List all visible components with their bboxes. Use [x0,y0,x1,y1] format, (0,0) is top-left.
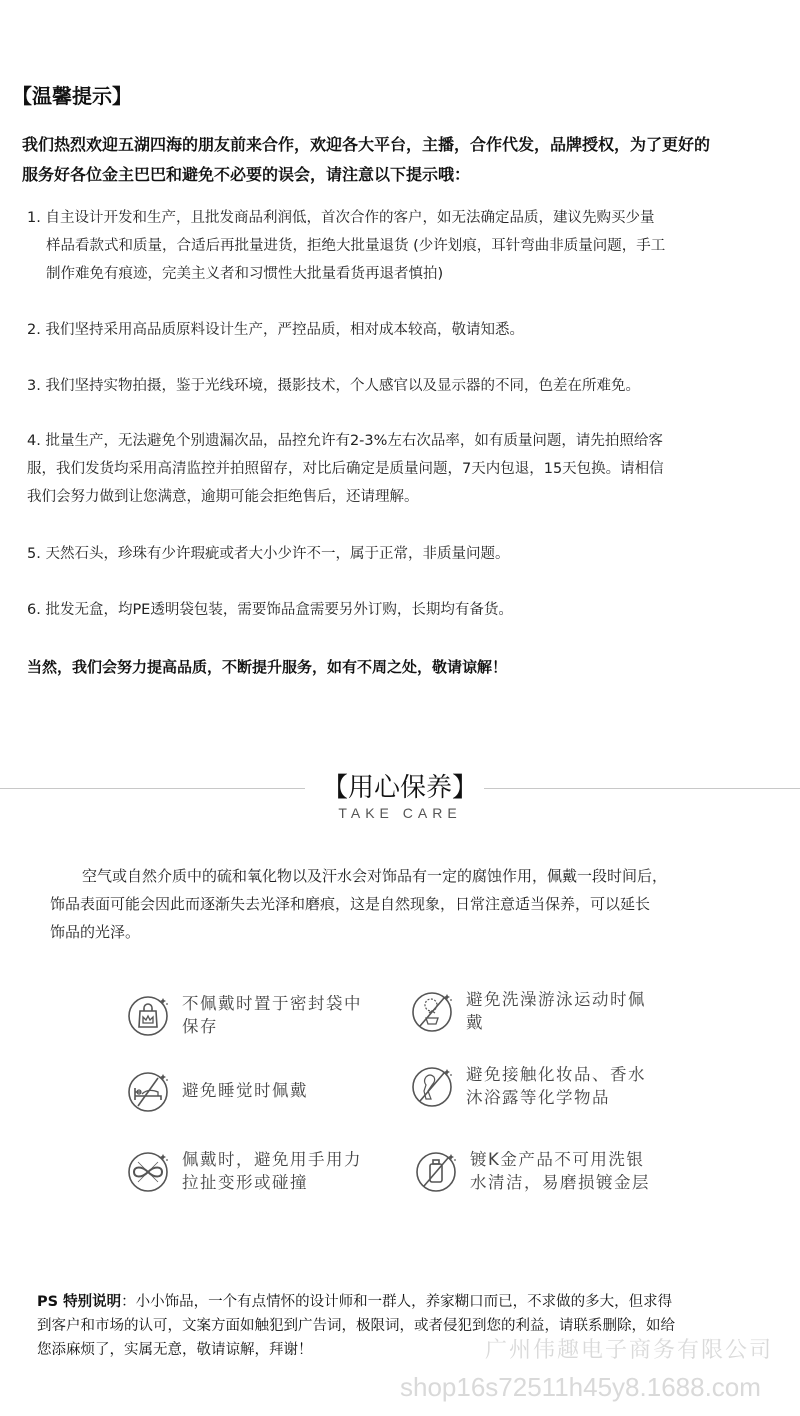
tip-text: 避免睡觉时佩戴 [182,1079,402,1102]
care-description: 空气或自然介质中的硫和氧化物以及汗水会对饰品有一定的腐蚀作用，佩戴一段时间后， … [50,862,770,946]
item-line: 4. 批量生产，无法避免个别遗漏次品，品控允许有2-3%左右次品率，如有质量问题… [27,427,787,455]
item-line: 5. 天然石头，珍珠有少许瑕疵或者大小少许不一，属于正常，非质量问题。 [27,540,787,568]
tip-text: 佩戴时，避免用手用力 拉扯变形或碰撞 [182,1148,402,1194]
no-silver-cleaner-icon [414,1148,460,1194]
ps-line: PS 特别说明：小小饰品，一个有点情怀的设计师和一群人，养家糊口而已，不求做的多… [37,1290,777,1314]
notice-closing: 当然，我们会努力提高品质，不断提升服务，如有不周之处，敬请谅解！ [27,653,507,681]
intro-line: 服务好各位金主巴巴和避免不必要的误会，请注意以下提示哦： [22,160,792,190]
care-subtitle: TAKE CARE [0,805,800,821]
care-title: 【用心保养】 [0,768,800,808]
no-cosmetics-icon [410,1063,456,1109]
desc-line: 空气或自然介质中的硫和氧化物以及汗水会对饰品有一定的腐蚀作用，佩戴一段时间后， [50,862,770,890]
care-tip-no-pulling: 佩戴时，避免用手用力 拉扯变形或碰撞 [126,1148,416,1208]
tip-line: 不佩戴时置于密封袋中 [182,992,402,1015]
intro-line: 我们热烈欢迎五湖四海的朋友前来合作，欢迎各大平台，主播，合作代发，品牌授权，为了… [22,130,792,160]
tip-text: 避免接触化妆品、香水 沐浴露等化学物品 [466,1063,686,1109]
no-swimming-icon [410,988,456,1034]
notice-intro: 我们热烈欢迎五湖四海的朋友前来合作，欢迎各大平台，主播，合作代发，品牌授权，为了… [22,130,792,190]
tip-line: 拉扯变形或碰撞 [182,1171,402,1194]
notice-title: 【温馨提示】 [12,80,132,109]
tip-text: 镀K金产品不可用洗银 水清洁，易磨损镀金层 [470,1148,690,1194]
tip-line: 沐浴露等化学物品 [466,1086,686,1109]
ps-text: ：小小饰品，一个有点情怀的设计师和一群人，养家糊口而已，不求做的多大，但求得 [121,1294,672,1310]
notice-item-4: 4. 批量生产，无法避免个别遗漏次品，品控允许有2-3%左右次品率，如有质量问题… [27,427,787,511]
notice-item-1: 1. 自主设计开发和生产，且批发商品利润低，首次合作的客户，如无法确定品质，建议… [27,204,787,288]
desc-line: 饰品的光泽。 [50,918,770,946]
tip-text: 避免洗澡游泳运动时佩 戴 [466,988,686,1034]
item-line: 3. 我们坚持实物拍摄，鉴于光线环境，摄影技术，个人感官以及显示器的不同，色差在… [27,372,787,400]
care-tip-no-sleeping: 避免睡觉时佩戴 [126,1068,416,1128]
tip-line: 避免接触化妆品、香水 [466,1063,686,1086]
sealed-bag-icon [126,992,172,1038]
no-sleeping-icon [126,1068,172,1114]
item-line: 制作难免有痕迹，完美主义者和习惯性大批量看货再退者慎拍) [27,260,787,288]
tip-line: 避免睡觉时佩戴 [182,1079,402,1102]
watermark-url: shop16s72511h45y8.1688.com [400,1372,761,1403]
care-tip-no-swimming: 避免洗澡游泳运动时佩 戴 [410,988,700,1048]
tip-line: 戴 [466,1011,686,1034]
item-line: 样品看款式和质量，合适后再批量进货，拒绝大批量退货 (少许划痕，耳针弯曲非质量问… [27,232,787,260]
tip-line: 佩戴时，避免用手用力 [182,1148,402,1171]
ps-label: PS 特别说明 [37,1294,121,1310]
notice-item-6: 6. 批发无盒，均PE透明袋包装，需要饰品盒需要另外订购，长期均有备货。 [27,596,787,624]
item-line: 2. 我们坚持采用高品质原料设计生产，严控品质，相对成本较高，敬请知悉。 [27,316,787,344]
tip-line: 保存 [182,1015,402,1038]
notice-item-5: 5. 天然石头，珍珠有少许瑕疵或者大小少许不一，属于正常，非质量问题。 [27,540,787,568]
notice-item-3: 3. 我们坚持实物拍摄，鉴于光线环境，摄影技术，个人感官以及显示器的不同，色差在… [27,372,787,400]
care-tip-no-cosmetics: 避免接触化妆品、香水 沐浴露等化学物品 [410,1063,700,1123]
no-pulling-icon [126,1148,172,1194]
tip-text: 不佩戴时置于密封袋中 保存 [182,992,402,1038]
notice-item-2: 2. 我们坚持采用高品质原料设计生产，严控品质，相对成本较高，敬请知悉。 [27,316,787,344]
care-title-text: 【用心保养】 [316,773,484,803]
desc-line: 饰品表面可能会因此而逐渐失去光泽和磨痕，这是自然现象，日常注意适当保养，可以延长 [50,890,770,918]
care-tip-no-silver-cleaner: 镀K金产品不可用洗银 水清洁，易磨损镀金层 [414,1148,704,1208]
item-line: 服，我们发货均采用高清监控并拍照留存，对比后确定是质量问题，7天内包退，15天包… [27,455,787,483]
item-line: 1. 自主设计开发和生产，且批发商品利润低，首次合作的客户，如无法确定品质，建议… [27,204,787,232]
watermark-company: 广州伟趣电子商务有限公司 [485,1333,773,1364]
care-tip-sealed-bag: 不佩戴时置于密封袋中 保存 [126,992,416,1052]
item-line: 6. 批发无盒，均PE透明袋包装，需要饰品盒需要另外订购，长期均有备货。 [27,596,787,624]
item-line: 我们会努力做到让您满意，逾期可能会拒绝售后，还请理解。 [27,483,787,511]
tip-line: 镀K金产品不可用洗银 [470,1148,690,1171]
tip-line: 水清洁，易磨损镀金层 [470,1171,690,1194]
tip-line: 避免洗澡游泳运动时佩 [466,988,686,1011]
